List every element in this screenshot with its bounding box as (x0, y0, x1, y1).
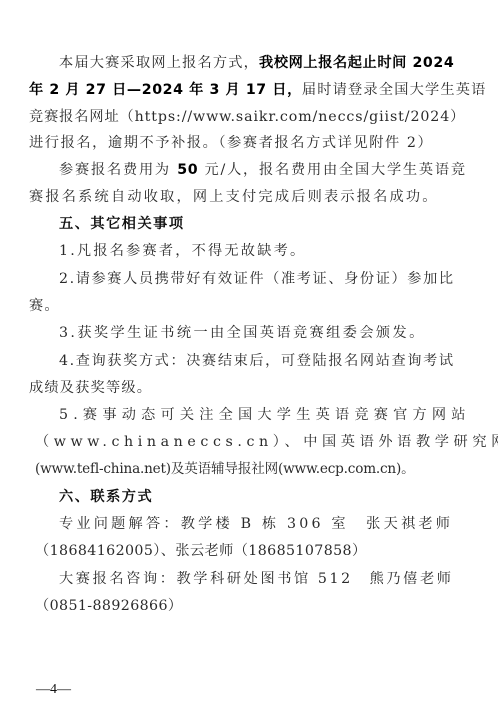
section-5-item-4-line-2: 成绩及获奖等级。 (29, 376, 454, 400)
section-5-item-4-line-1: 4.查询获奖方式：决赛结束后，可登陆报名网站查询考试 (59, 349, 454, 373)
fee-line-2: 赛报名系统自动收取，网上支付完成后则表示报名成功。 (29, 185, 454, 209)
section-5-item-2-line-1: 2.请参赛人员携带好有效证件（准考证、身份证）参加比 (59, 267, 454, 291)
fee-amount-bold: 50 (177, 162, 198, 178)
registration-line-3: 竞赛报名网址（https://www.saikr.com/neccs/giist… (29, 105, 454, 129)
section-5-item-3: 3.获奖学生证书统一由全国英语竞赛组委会颁发。 (59, 321, 454, 345)
registration-method-text: 本届大赛采取网上报名方式， (59, 55, 259, 71)
section-5-heading: 五、其它相关事项 (59, 212, 454, 236)
contact-1-line-2: （18684162005）、张云老师（18685107858） (35, 539, 460, 563)
section-6-heading: 六、联系方式 (59, 485, 454, 509)
registration-instruction-text: 届时请登录全国大学生英语 (302, 82, 487, 98)
contact-2-line-2: （0851-88926866） (35, 594, 460, 618)
section-5-item-5-line-1: 5.赛事动态可关注全国大学生英语竞赛官方网站 (59, 403, 454, 427)
document-page: 本届大赛采取网上报名方式，我校网上报名起止时间 2024 年 2 月 27 日—… (0, 0, 498, 714)
section-5-item-5-line-3: (www.tefl-china.net)及英语辅导报社网(www.ecp.com… (35, 457, 460, 481)
fee-text-prefix: 参赛报名费用为 (59, 162, 177, 178)
registration-line-1: 本届大赛采取网上报名方式，我校网上报名起止时间 2024 (59, 51, 454, 75)
page-number: —4— (36, 682, 71, 698)
fee-text-suffix: 元/人，报名费用由全国大学生英语竞 (198, 162, 467, 178)
registration-line-2: 年 2 月 27 日—2024 年 3 月 17 日，届时请登录全国大学生英语 (29, 78, 454, 102)
fee-line-1: 参赛报名费用为 50 元/人，报名费用由全国大学生英语竞 (59, 158, 454, 182)
registration-dates-bold: 年 2 月 27 日—2024 年 3 月 17 日， (29, 82, 302, 98)
section-5-item-2-line-2: 赛。 (29, 294, 454, 318)
section-5-item-5-line-2: （www.chinaneccs.cn）、中国英语外语教学研究网 (35, 430, 460, 454)
section-5-item-1: 1.凡报名参赛者，不得无故缺考。 (59, 239, 454, 263)
contact-1-line-1: 专业问题解答：教学楼 B 栋 306 室 张天祺老师 (59, 512, 454, 536)
registration-period-bold: 我校网上报名起止时间 2024 (259, 55, 454, 71)
registration-line-4: 进行报名，逾期不予补报。（参赛者报名方式详见附件 2） (29, 131, 454, 155)
contact-2-line-1: 大赛报名咨询：教学科研处图书馆 512 熊乃僖老师 (59, 567, 454, 591)
